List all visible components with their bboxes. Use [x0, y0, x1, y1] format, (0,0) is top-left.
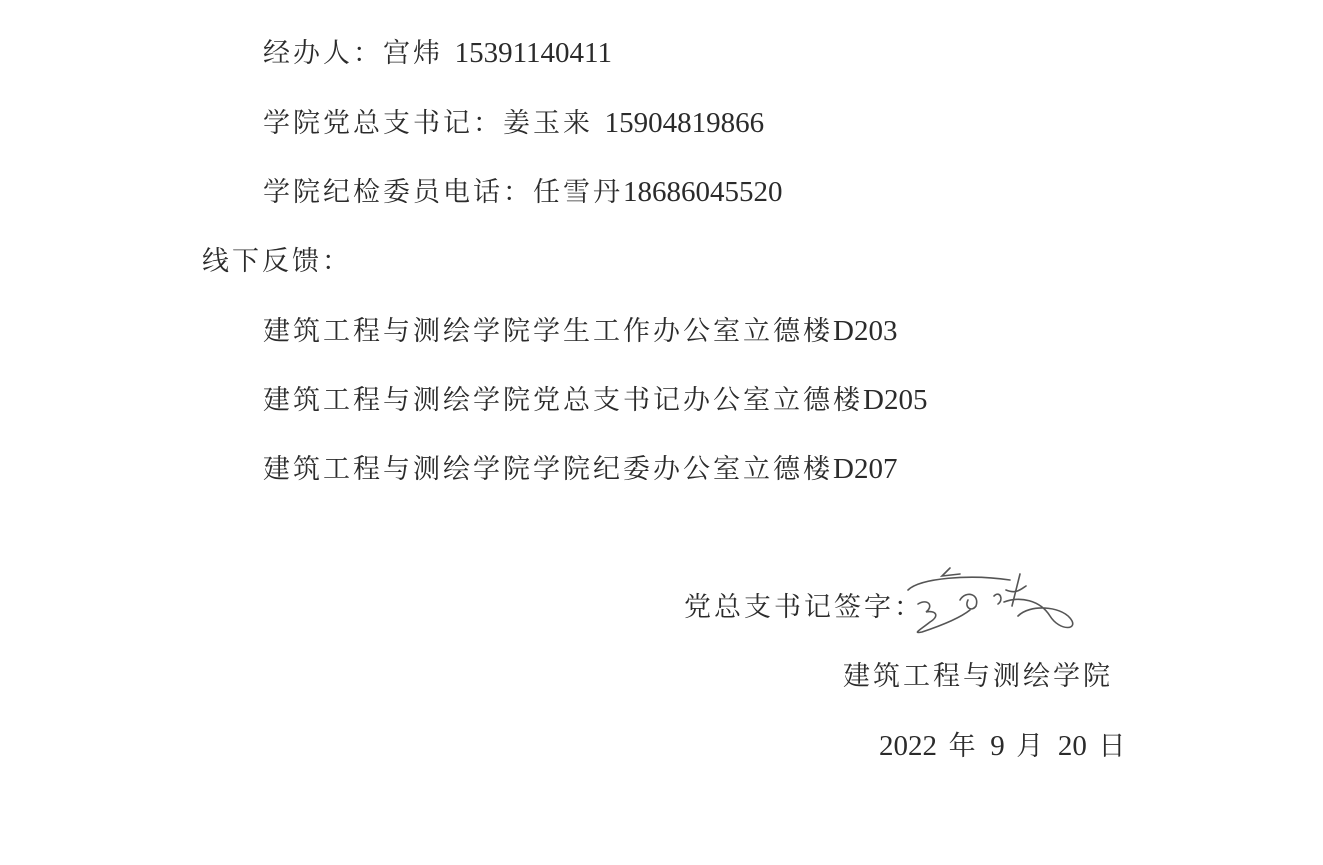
handler-label: 经办人： — [263, 38, 383, 69]
secretary-contact: 学院党总支书记：姜玉来 15904819866 — [263, 106, 764, 141]
organization-name: 建筑工程与测绘学院 — [843, 660, 1113, 694]
office-line-2: 建筑工程与测绘学院党总支书记办公室立德楼D205 — [263, 383, 927, 418]
date-year: 2022 — [879, 730, 937, 762]
date-day: 20 — [1058, 730, 1087, 762]
date-day-unit: 日 — [1098, 731, 1128, 762]
handler-phone: 15391140411 — [455, 37, 612, 69]
discipline-label: 学院纪检委员电话： — [263, 177, 533, 208]
handler-contact: 经办人：宫炜 15391140411 — [263, 36, 612, 71]
secretary-name: 姜玉来 — [503, 108, 593, 139]
signature-label: 党总支书记签字： — [684, 591, 924, 625]
offline-heading: 线下反馈： — [202, 245, 352, 279]
office-2-text: 建筑工程与测绘学院党总支书记办公室立德楼 — [263, 385, 863, 416]
office-1-text: 建筑工程与测绘学院学生工作办公室立德楼 — [263, 316, 833, 347]
office-3-room: D207 — [833, 453, 897, 485]
handler-name: 宫炜 — [383, 38, 443, 69]
discipline-phone: 18686045520 — [623, 176, 783, 208]
office-line-1: 建筑工程与测绘学院学生工作办公室立德楼D203 — [263, 314, 897, 349]
date-year-unit: 年 — [949, 731, 979, 762]
date-month: 9 — [990, 730, 1005, 762]
handwritten-signature-icon — [900, 560, 1090, 640]
date-month-unit: 月 — [1016, 731, 1046, 762]
secretary-label: 学院党总支书记： — [263, 108, 503, 139]
discipline-contact: 学院纪检委员电话：任雪丹18686045520 — [263, 175, 783, 210]
office-2-room: D205 — [863, 384, 927, 416]
office-3-text: 建筑工程与测绘学院学院纪委办公室立德楼 — [263, 454, 833, 485]
discipline-name: 任雪丹 — [533, 177, 623, 208]
secretary-phone: 15904819866 — [605, 107, 765, 139]
signing-date: 2022 年 9 月 20 日 — [879, 729, 1128, 764]
office-line-3: 建筑工程与测绘学院学院纪委办公室立德楼D207 — [263, 452, 897, 487]
office-1-room: D203 — [833, 315, 897, 347]
